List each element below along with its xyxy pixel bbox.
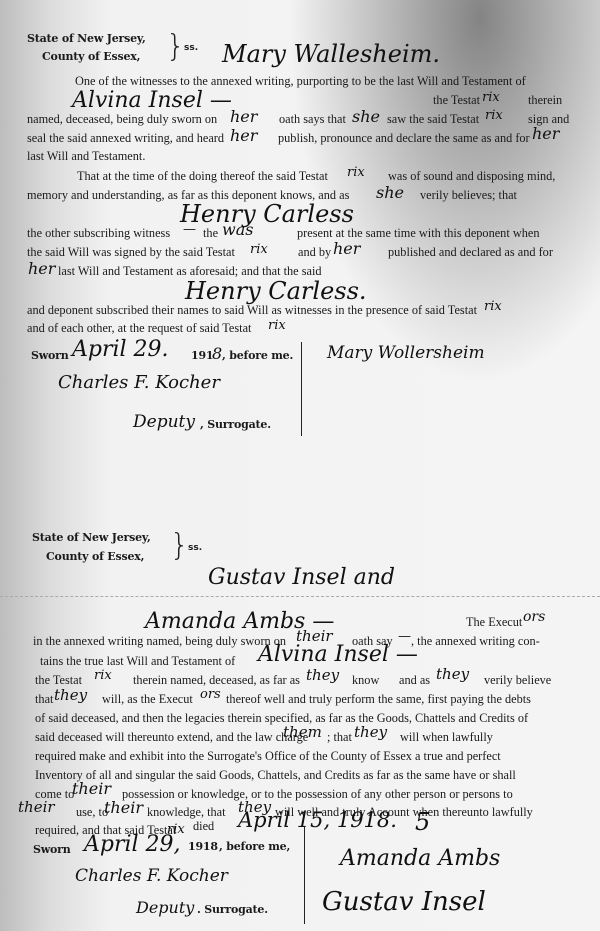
handwritten-word: her xyxy=(532,124,559,143)
text-line: the Testat xyxy=(433,93,480,108)
text-line: possession or knowledge, or to the posse… xyxy=(122,787,513,802)
text-line: of said deceased, and then the legacies … xyxy=(35,711,528,726)
text-line: and by xyxy=(298,245,331,260)
text-line: , the annexed writing con- xyxy=(411,634,540,649)
text-line: and as xyxy=(399,673,430,688)
handwritten-word: her xyxy=(333,239,360,258)
ss-label: ss. xyxy=(184,43,198,53)
handwritten-word: she xyxy=(352,107,380,126)
handwritten-suffix: rix xyxy=(482,90,500,105)
testator-name-handwritten: Alvina Insel — xyxy=(72,88,232,113)
executor-signature-1: Amanda Ambs xyxy=(340,846,500,871)
executor-signature-2: Gustav Insel xyxy=(322,887,486,917)
text-line: that xyxy=(35,692,53,707)
text-line: was of sound and disposing mind, xyxy=(388,169,555,184)
text-line: verily believe xyxy=(484,673,551,688)
handwritten-suffix: rix xyxy=(485,108,503,123)
venue-county-2: County of Essex, xyxy=(46,550,144,563)
handwritten-dash: — xyxy=(183,222,196,237)
text-line: knowledge, that xyxy=(147,805,226,820)
handwritten-word: their xyxy=(104,798,143,817)
text-line: the said Will was signed by the said Tes… xyxy=(27,245,235,260)
handwritten-suffix: rix xyxy=(484,299,502,314)
year-2: 1918 xyxy=(188,840,218,853)
text-line: tains the true last Will and Testament o… xyxy=(40,654,235,669)
handwritten-suffix: rix xyxy=(268,318,286,333)
handwritten-suffix: rix xyxy=(94,668,112,683)
text-line: ; that xyxy=(327,730,352,745)
text-line: died xyxy=(193,819,214,834)
venue-state-2: State of New Jersey, xyxy=(32,531,151,544)
jurat-divider-2 xyxy=(304,826,305,924)
text-line: One of the witnesses to the annexed writ… xyxy=(75,74,526,89)
deputy-handwritten-2: Deputy xyxy=(136,898,194,917)
sworn-label-2: Sworn xyxy=(33,843,71,856)
text-line: in the annexed writing named, being duly… xyxy=(33,634,286,649)
handwritten-word: them xyxy=(283,723,322,741)
probate-document-page: State of New Jersey, County of Essex, } … xyxy=(0,0,600,931)
venue-state: State of New Jersey, xyxy=(27,32,146,45)
deponent-signature: Mary Wollersheim xyxy=(327,343,485,363)
handwritten-word: her xyxy=(230,107,257,126)
text-line: will, as the Execut xyxy=(102,692,193,707)
text-line: and of each other, at the request of sai… xyxy=(27,321,251,336)
text-line: the other subscribing witness xyxy=(27,226,170,241)
text-line: said deceased will thereunto extend, and… xyxy=(35,730,308,745)
handwritten-word: their xyxy=(18,798,55,816)
ss-label-2: ss. xyxy=(188,543,202,553)
handwritten-word: they xyxy=(306,666,339,684)
testator-name-handwritten-2: Alvina Insel — xyxy=(258,642,418,667)
handwritten-word: her xyxy=(28,259,55,278)
deputy-handwritten: Deputy xyxy=(133,412,195,432)
handwritten-word: was xyxy=(222,220,253,239)
text-line: and deponent subscribed their names to s… xyxy=(27,303,477,318)
venue-brace-2: } xyxy=(170,528,189,563)
sworn-label: Sworn xyxy=(31,349,69,362)
fold-line xyxy=(0,596,600,597)
sworn-date-handwritten-2: April 29, xyxy=(84,832,181,857)
text-line: That at the time of the doing thereof th… xyxy=(77,169,328,184)
official-signature: Charles F. Kocher xyxy=(58,372,220,393)
surrogate-label: , Surrogate. xyxy=(200,418,271,431)
text-line: published and declared as and for xyxy=(388,245,553,260)
venue-county: County of Essex, xyxy=(42,50,140,63)
text-line: saw the said Testat xyxy=(387,112,479,127)
text-line: therein named, deceased, as far as xyxy=(133,673,300,688)
text-line: verily believes; that xyxy=(420,188,517,203)
handwritten-word: they xyxy=(54,686,87,704)
other-witness-handwritten: Henry Carless xyxy=(180,200,354,228)
handwritten-word: they xyxy=(354,723,387,741)
sworn-date-handwritten: April 29. xyxy=(72,337,169,362)
handwritten-word: her xyxy=(230,126,257,145)
year-suffix-handwritten: 8 xyxy=(212,344,222,363)
year-prefix: 191 xyxy=(191,349,213,362)
official-signature-2: Charles F. Kocher xyxy=(75,866,228,886)
handwritten-suffix: rix xyxy=(347,165,365,180)
text-line: oath says that xyxy=(279,112,346,127)
executor-name-1-handwritten: Gustav Insel and xyxy=(208,565,395,590)
text-line: The Execut xyxy=(466,615,522,630)
before-me-label: , before me. xyxy=(222,349,293,362)
handwritten-word: they xyxy=(436,665,469,683)
text-line: therein xyxy=(528,93,562,108)
text-line: last Will and Testament. xyxy=(27,149,145,164)
text-line: will when lawfully xyxy=(400,730,493,745)
handwritten-word: she xyxy=(376,183,404,202)
text-line: know xyxy=(352,673,379,688)
text-line: thereof well and truly perform the same,… xyxy=(226,692,531,707)
jurat-divider xyxy=(301,342,302,436)
witness-name-handwritten: Mary Wallesheim. xyxy=(222,40,440,68)
death-date-handwritten: April 15, 1918. xyxy=(238,808,397,832)
handwritten-mark: 5 xyxy=(415,808,430,836)
handwritten-suffix: ors xyxy=(200,687,221,702)
text-line: named, deceased, being duly sworn on xyxy=(27,112,217,127)
text-line: the xyxy=(203,226,218,241)
handwritten-suffix: ors xyxy=(523,609,545,625)
surrogate-label-2: . Surrogate. xyxy=(197,903,268,916)
handwritten-word: their xyxy=(72,779,111,798)
text-line: publish, pronounce and declare the same … xyxy=(278,131,530,146)
handwritten-suffix: rix xyxy=(250,242,268,257)
text-line: required make and exhibit into the Surro… xyxy=(35,749,501,764)
text-line: seal the said annexed writing, and heard xyxy=(27,131,224,146)
other-witness-handwritten-2: Henry Carless. xyxy=(185,277,367,305)
venue-brace: } xyxy=(166,29,185,64)
before-me-label-2: , before me, xyxy=(219,840,290,853)
